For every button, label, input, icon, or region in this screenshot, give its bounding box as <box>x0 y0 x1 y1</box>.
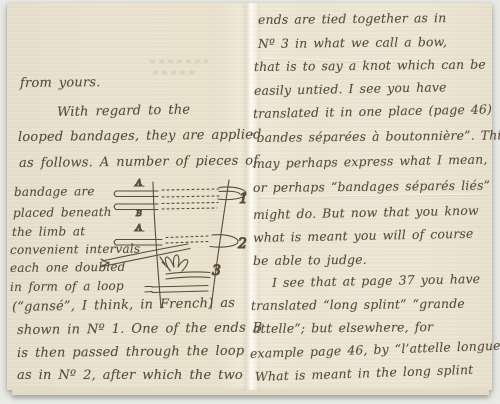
handwritten-line: may perhaps express what I mean, <box>253 151 488 170</box>
handwritten-line: “bandes séparées à boutonnière”. This <box>250 127 500 145</box>
handwritten-line: might do. But now that you know <box>253 203 479 222</box>
handwritten-line: example page 46, by “l’attelle longue”. <box>250 337 500 361</box>
handwritten-line: or perhaps “bandages séparés liés” <box>253 178 490 195</box>
handwritten-line: that is to say a knot which can be <box>254 57 486 74</box>
handwritten-line: easily untied. I see you have <box>254 79 447 98</box>
handwritten-line: attelle”; but elsewhere, for <box>253 319 433 336</box>
handwritten-line: translated it in one place (page 46) <box>253 101 492 121</box>
handwritten-line: translated “long splint” “grande <box>251 296 465 313</box>
right-page: ends are tied together as in Nº 3 in wha… <box>0 0 500 404</box>
handwritten-line: Nº 3 in what we call a bow, <box>258 34 447 51</box>
handwritten-line: be able to judge. <box>253 252 367 268</box>
handwritten-line: ends are tied together as in <box>258 10 447 27</box>
handwritten-line: What is meant in the long splint <box>255 362 474 384</box>
handwritten-line: I see that at page 37 you have <box>272 271 481 290</box>
handwritten-line: what is meant you will of course <box>253 226 474 245</box>
letter-photo: from yours. With regard to the looped ba… <box>0 0 500 404</box>
